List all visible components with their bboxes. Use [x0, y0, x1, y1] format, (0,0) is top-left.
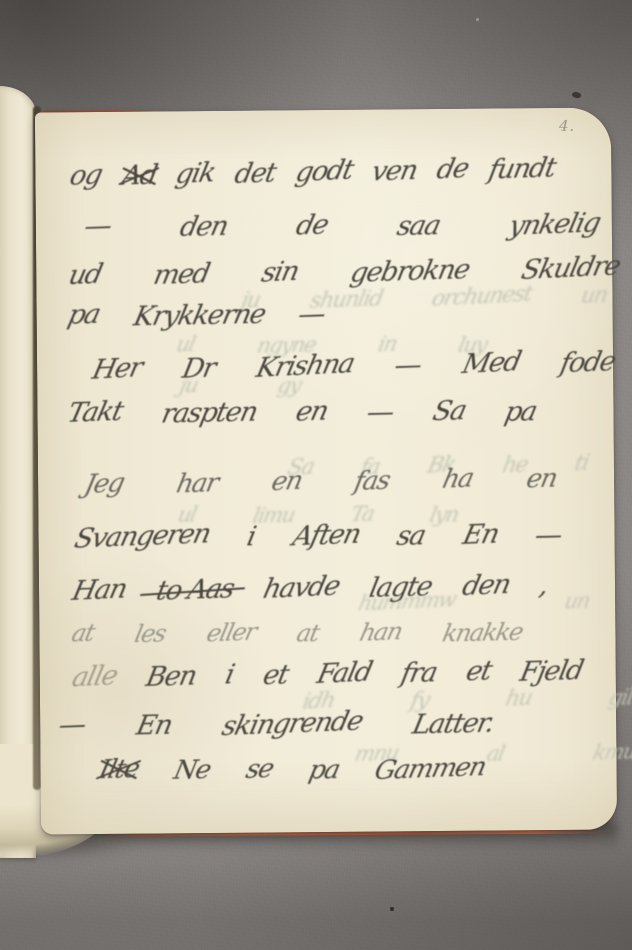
handwriting-word: Med: [459, 346, 523, 380]
handwriting-word: Dr: [180, 353, 218, 385]
ghost-word: limu: [250, 503, 296, 528]
handwriting-word: godt: [292, 154, 355, 188]
handwriting-line: atlesellerathanknakke: [72, 617, 522, 647]
handwriting-word: Fjeld: [518, 655, 586, 688]
notebook-page: 4. jushunlidorchunestunulngyneinluyjugyS…: [35, 108, 617, 835]
ghost-word: un: [578, 283, 608, 309]
handwriting-word: raspten: [158, 397, 259, 430]
ghost-word: gil: [607, 685, 632, 711]
handwriting-word: et: [463, 655, 494, 687]
ghost-line: SafaBkheti: [288, 451, 588, 481]
handwriting-word: skingrende: [219, 706, 365, 743]
handwriting-word: Aften: [289, 519, 362, 553]
ghost-word: Ta: [349, 501, 377, 526]
handwriting-word: —: [81, 210, 114, 242]
handwriting-word: den: [177, 211, 230, 243]
ghost-line: ullimuTalyn: [178, 502, 458, 527]
handwriting-line: —EnskingrendeLatter.: [59, 707, 493, 740]
page-number: 4.: [558, 117, 575, 135]
left-page-stack: [0, 86, 36, 858]
handwriting-word: Ad: [119, 159, 159, 191]
ghost-word: shunlid: [307, 286, 384, 314]
handwriting-word: Ne: [172, 755, 214, 786]
ghost-word: ju: [239, 288, 263, 314]
handwriting-word: alle: [69, 660, 119, 693]
handwriting-word: saa: [394, 210, 442, 242]
handwriting-word: se: [243, 754, 276, 785]
ghost-line: idhfyhugil: [303, 684, 632, 714]
handwriting-word: i: [223, 659, 237, 690]
handwriting-word: han: [357, 617, 405, 647]
handwriting-word: de: [434, 153, 471, 186]
handwriting-word: har: [174, 468, 220, 499]
handwriting-word: Takt: [65, 396, 126, 429]
ghost-word: ul: [174, 332, 197, 357]
ghost-line: ulngyneinluy: [177, 332, 487, 357]
handwriting-word: Krykkerne: [130, 299, 267, 332]
ghost-word: Bk: [425, 452, 457, 478]
ghost-word: he: [500, 452, 529, 478]
handwriting-word: Ilte: [96, 754, 142, 785]
handwriting-word: Svangeren: [71, 518, 212, 554]
handwriting-line: Taktrasptenen—Sapa: [68, 395, 535, 428]
handwriting-word: at: [69, 619, 97, 648]
handwriting-word: ,: [537, 570, 550, 601]
handwriting-word: ha: [440, 463, 476, 495]
handwriting-word: og: [67, 159, 104, 192]
handwriting-word: —: [56, 709, 89, 741]
ghost-word: ti: [572, 450, 590, 476]
ghost-word: gy: [275, 373, 302, 398]
handwriting-word: sa: [394, 520, 428, 552]
dark-speck: [571, 91, 581, 99]
handwriting-word: Her: [90, 352, 145, 386]
ghost-word: in: [376, 332, 399, 357]
handwriting-line: —dendesaaynkelig: [85, 209, 599, 242]
handwriting-word: Skuldre: [519, 250, 623, 286]
handwriting-word: Jeg: [82, 468, 127, 500]
ghost-word: fa: [359, 455, 382, 481]
ghost-word: hummmw: [356, 587, 458, 615]
ghost-word: lyn: [428, 502, 461, 527]
handwriting-word: havde: [260, 570, 342, 605]
handwriting-word: —: [364, 397, 396, 429]
handwriting-word: fode: [558, 346, 618, 379]
handwriting-word: at: [294, 619, 321, 647]
handwriting-word: ynkelig: [506, 207, 603, 241]
handwriting-word: ud: [66, 259, 105, 292]
handwriting-word: knakke: [440, 618, 525, 648]
handwriting-line: IlteNesepaGammen: [100, 754, 485, 785]
handwriting-word: Fald: [315, 656, 375, 690]
handwriting-word: et: [260, 659, 290, 691]
handwriting-line: HerDrKrishna—Medfode: [93, 346, 615, 385]
handwriting-line: alleBenietFaldfraetFjeld: [73, 654, 583, 692]
handwriting-word: Han: [69, 573, 129, 607]
ghost-word: luy: [456, 332, 489, 357]
handwriting-word: ven: [369, 155, 419, 188]
ghost-word: mnu: [353, 740, 401, 766]
handwriting-word: den: [459, 569, 512, 602]
ghost-word: kmu: [591, 739, 632, 765]
handwriting-line: paKrykkerne—: [69, 299, 325, 330]
handwriting-word: fundt: [486, 152, 558, 185]
handwriting-word: Gammen: [372, 752, 489, 786]
handwriting-word: de: [294, 209, 332, 241]
handwriting-word: gebrokne: [348, 254, 472, 289]
ghost-word: un: [562, 588, 591, 613]
handwriting-word: pa: [306, 755, 342, 786]
handwriting-line: udmedsingebrokneSkuldre: [69, 252, 619, 291]
ghost-word: al: [485, 741, 506, 765]
ghost-word: idh: [300, 688, 337, 715]
handwriting-word: Sa: [429, 395, 468, 427]
handwriting-word: —: [295, 298, 328, 330]
handwriting-word: pa: [502, 396, 539, 428]
ghost-line: mnualkmu: [355, 740, 632, 765]
ghost-word: ul: [176, 502, 199, 527]
handwriting-word: —: [392, 349, 424, 381]
handwriting-word: Krishna: [253, 348, 356, 384]
handwriting-word: Ben: [143, 660, 198, 693]
ghost-line: hummmwun: [359, 588, 589, 614]
handwriting-word: pa: [65, 299, 103, 331]
handwriting-word: to Aas: [153, 573, 236, 606]
ghost-word: orchunest: [429, 282, 533, 312]
handwriting-word: En: [460, 519, 501, 551]
ghost-word: hu: [504, 685, 535, 711]
handwriting-line: Jegharenfashaen: [85, 463, 556, 500]
handwriting-word: Latter.: [410, 708, 496, 741]
handwriting-word: —: [533, 520, 565, 552]
handwriting-line: SvangereniAftensaEn—: [75, 519, 561, 553]
light-fleck: [476, 18, 479, 21]
dark-speck-small: [390, 907, 394, 911]
handwriting-word: med: [151, 258, 212, 291]
handwriting-word: les: [132, 619, 168, 648]
handwriting-word: gik: [173, 157, 218, 190]
handwriting-word: en: [524, 463, 559, 494]
manuscript-photo: 4. jushunlidorchunestunulngyneinluyjugyS…: [0, 0, 632, 950]
handwriting-word: sin: [259, 256, 301, 289]
handwriting-line: ogAdgikdetgodtvendefundt: [70, 152, 554, 191]
ghost-line: jushunlidorchunestun: [241, 282, 606, 313]
handwriting-word: fas: [352, 466, 392, 497]
handwriting-word: en: [293, 396, 331, 428]
ghost-word: Sa: [285, 455, 316, 481]
handwriting-word: i: [244, 521, 258, 552]
ghost-word: fy: [409, 688, 432, 714]
ghost-word: ju: [177, 373, 200, 398]
handwriting-word: fra: [398, 657, 439, 689]
handwriting-word: lagte: [366, 571, 434, 604]
handwriting-word: det: [232, 157, 278, 189]
handwriting-line: Hanto Aashavdelagteden,: [73, 569, 547, 606]
handwriting-word: En: [133, 710, 174, 742]
handwriting-word: eller: [204, 618, 259, 648]
ghost-line: jugy: [180, 372, 300, 397]
handwriting-word: en: [268, 466, 304, 498]
ghost-word: ngyne: [255, 332, 318, 357]
